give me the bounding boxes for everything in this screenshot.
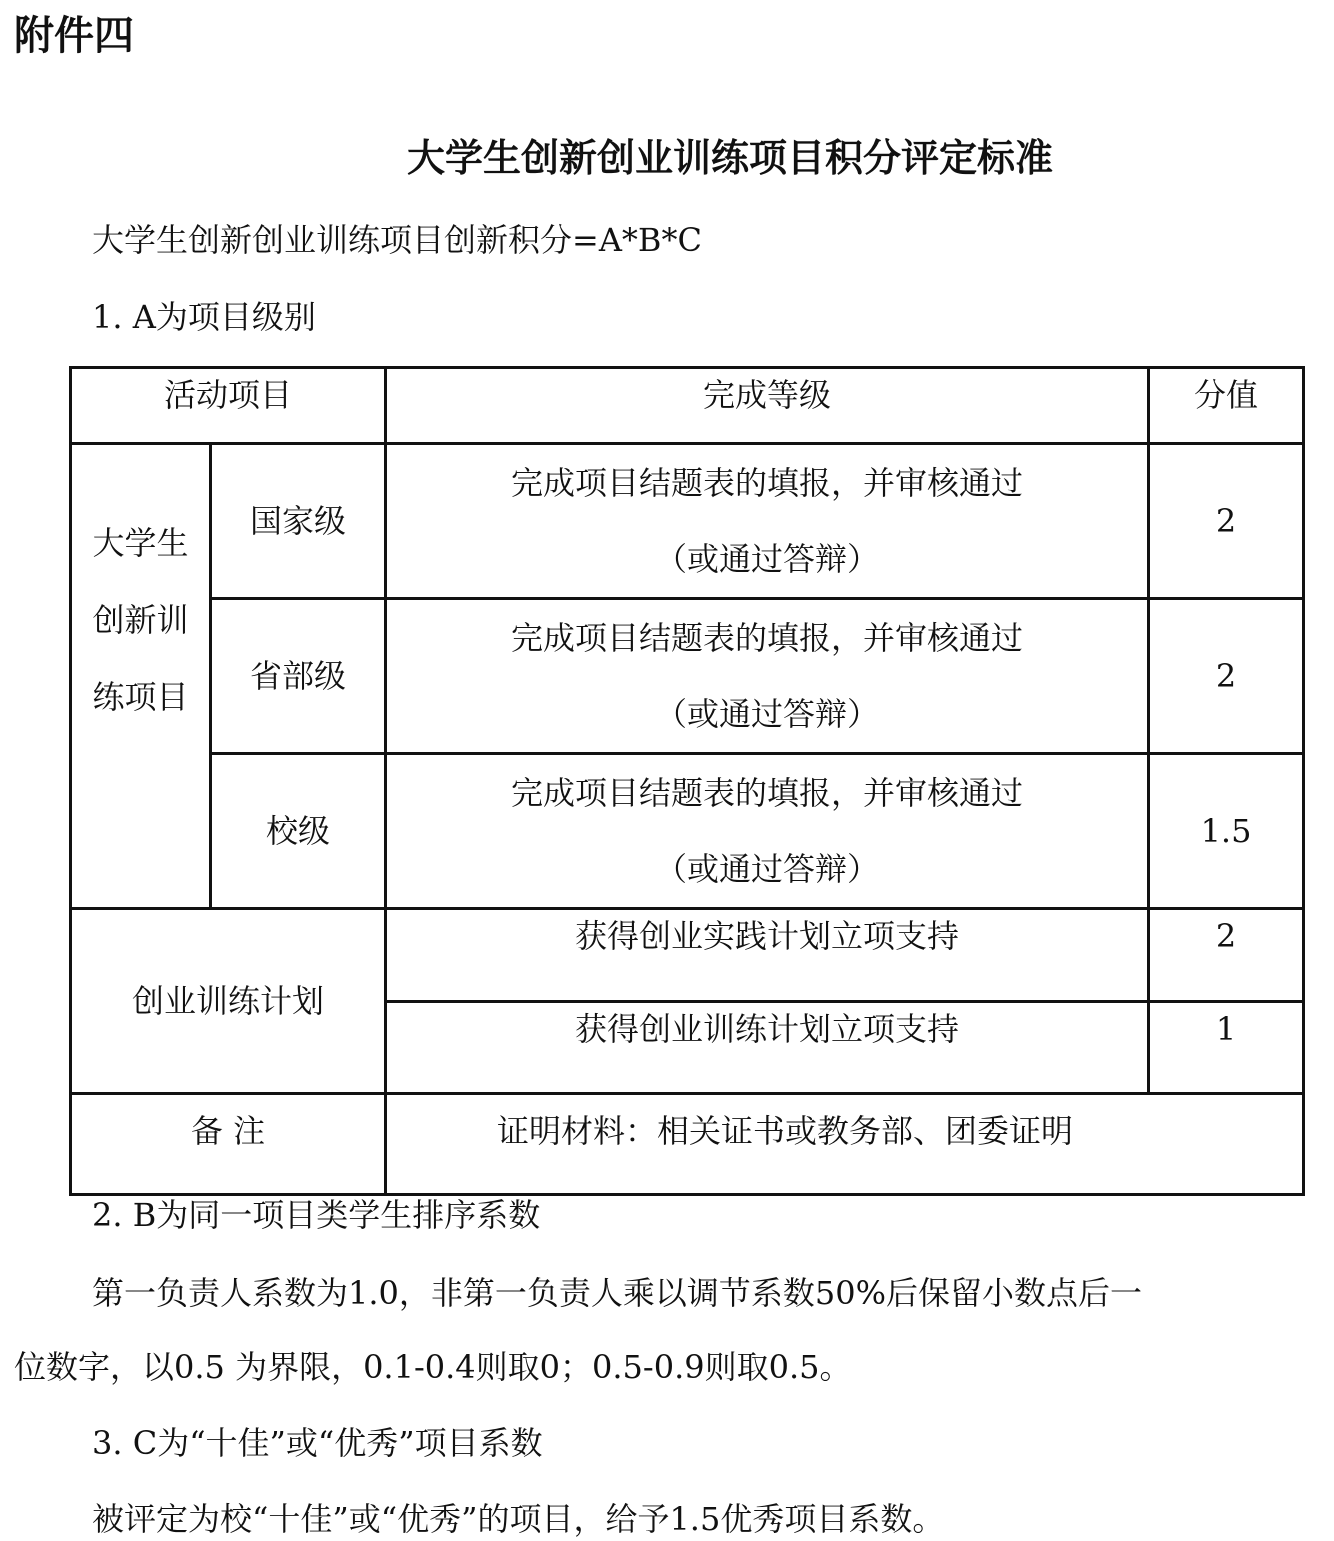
remarks-row: 备 注 证明材料：相关证书或教务部、团委证明: [71, 1094, 1304, 1195]
score-value: 2: [1149, 599, 1304, 754]
table-header-row: 活动项目 完成等级 分值: [71, 368, 1304, 444]
section-c-text: 被评定为校“十佳”或“优秀”的项目，给予1.5优秀项目系数。: [92, 1497, 944, 1541]
category-innovation: 大学生 创新训 练项目: [71, 444, 211, 909]
attachment-label: 附件四: [14, 10, 134, 62]
table-row: 大学生 创新训 练项目 国家级 完成项目结题表的填报，并审核通过 （或通过答辩）…: [71, 444, 1304, 599]
header-activity: 活动项目: [71, 368, 386, 444]
header-score: 分值: [1149, 368, 1304, 444]
remarks-content: 证明材料：相关证书或教务部、团委证明: [386, 1094, 1304, 1195]
header-level: 完成等级: [386, 368, 1149, 444]
table-row: 创业训练计划 获得创业实践计划立项支持 2: [71, 909, 1304, 1002]
section-c-heading: 3. C为“十佳”或“优秀”项目系数: [92, 1421, 543, 1465]
table-row: 校级 完成项目结题表的填报，并审核通过 （或通过答辩） 1.5: [71, 754, 1304, 909]
level-provincial: 省部级: [211, 599, 386, 754]
document-title: 大学生创新创业训练项目积分评定标准: [0, 130, 1334, 186]
score-formula: 大学生创新创业训练项目创新积分=A*B*C: [92, 218, 702, 262]
score-value: 1: [1149, 1002, 1304, 1094]
scoring-table: 活动项目 完成等级 分值 大学生 创新训 练项目 国家级 完成项目结题表的填报，…: [69, 366, 1305, 1196]
score-value: 2: [1149, 444, 1304, 599]
section-b-heading: 2. B为同一项目类学生排序系数: [92, 1193, 540, 1237]
score-value: 2: [1149, 909, 1304, 1002]
table-row: 省部级 完成项目结题表的填报，并审核通过 （或通过答辩） 2: [71, 599, 1304, 754]
level-description: 完成项目结题表的填报，并审核通过 （或通过答辩）: [386, 444, 1149, 599]
score-value: 1.5: [1149, 754, 1304, 909]
level-description: 完成项目结题表的填报，并审核通过 （或通过答辩）: [386, 599, 1149, 754]
level-school: 校级: [211, 754, 386, 909]
level-description: 完成项目结题表的填报，并审核通过 （或通过答辩）: [386, 754, 1149, 909]
section-b-text-line2: 位数字，以0.5 为界限，0.1-0.4则取0；0.5-0.9则取0.5。: [14, 1345, 852, 1389]
section-a-heading: 1. A为项目级别: [92, 295, 316, 339]
remarks-label: 备 注: [71, 1094, 386, 1195]
section-b-text-line1: 第一负责人系数为1.0，非第一负责人乘以调节系数50%后保留小数点后一: [92, 1271, 1142, 1315]
category-entrepreneurship: 创业训练计划: [71, 909, 386, 1094]
level-description: 获得创业实践计划立项支持: [386, 909, 1149, 1002]
level-national: 国家级: [211, 444, 386, 599]
level-description: 获得创业训练计划立项支持: [386, 1002, 1149, 1094]
